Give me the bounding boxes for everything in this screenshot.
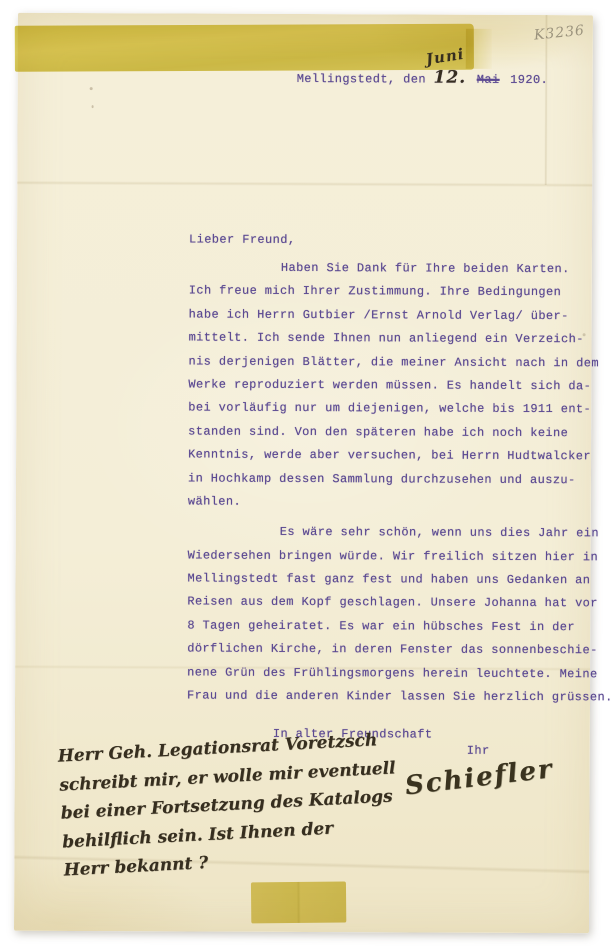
handwritten-signature: Schiefler bbox=[403, 754, 555, 801]
dateline-place: Mellingstedt, den bbox=[297, 72, 426, 87]
tape-strip-bottom bbox=[251, 882, 346, 924]
letter-paper: K3236 Mellingstedt, den 12. Mai 1920. Ju… bbox=[14, 13, 593, 934]
body-line: Reisen aus dem Kopf geschlagen. Unsere J… bbox=[187, 591, 607, 616]
body-line: Haben Sie Dank für Ihre beiden Karten. bbox=[189, 256, 609, 281]
archive-number-pencil: K3236 bbox=[533, 23, 585, 44]
salutation: Lieber Freund, bbox=[189, 232, 295, 246]
body-line: mittelt. Ich sende Ihnen nun anliegend e… bbox=[189, 327, 609, 352]
tape-strip-top-edge bbox=[466, 29, 492, 69]
paper-speck bbox=[92, 105, 94, 108]
paper-speck bbox=[90, 87, 93, 90]
handwritten-postscript: Herr Geh. Legationsrat Voretzsch schreib… bbox=[57, 725, 409, 885]
valediction: Ihr bbox=[467, 744, 490, 758]
dateline-year: 1920. bbox=[510, 73, 548, 87]
body-line: Es wäre sehr schön, wenn uns dies Jahr e… bbox=[188, 521, 608, 546]
body-line: standen sind. Von den späteren habe ich … bbox=[188, 420, 608, 445]
body-line: Werke reproduziert werden müssen. Es han… bbox=[188, 373, 608, 398]
body-line: nene Grün des Frühlingsmorgens herein le… bbox=[187, 661, 607, 686]
letter-body: Haben Sie Dank für Ihre beiden Karten. I… bbox=[187, 256, 609, 709]
body-line: wählen. bbox=[188, 490, 608, 515]
body-line: nis derjenigen Blätter, die meiner Ansic… bbox=[188, 350, 608, 375]
handwritten-day: 12. bbox=[434, 68, 467, 88]
struck-month: Mai bbox=[477, 73, 500, 87]
body-line: in Hochkamp dessen Sammlung durchzusehen… bbox=[188, 467, 608, 492]
body-line: dörflichen Kirche, in deren Fenster das … bbox=[187, 638, 607, 663]
body-line: Kenntnis, werde aber versuchen, bei Herr… bbox=[188, 444, 608, 469]
body-line: bei vorläufig nur um diejenigen, welche … bbox=[188, 397, 608, 422]
tape-strip-top bbox=[15, 24, 474, 72]
dateline: Mellingstedt, den 12. Mai 1920. bbox=[297, 67, 549, 88]
fold-crease-top bbox=[17, 181, 592, 188]
body-line: Ich freue mich Ihrer Zustimmung. Ihre Be… bbox=[189, 280, 609, 305]
body-line: Mellingstedt fast ganz fest und haben un… bbox=[187, 568, 607, 593]
body-line: 8 Tagen geheiratet. Es war ein hübsches … bbox=[187, 614, 607, 639]
body-line: Wiedersehen bringen würde. Wir freilich … bbox=[188, 544, 608, 569]
body-line: habe ich Herrn Gutbier /Ernst Arnold Ver… bbox=[189, 303, 609, 328]
body-line: Frau und die anderen Kinder lassen Sie h… bbox=[187, 685, 607, 710]
